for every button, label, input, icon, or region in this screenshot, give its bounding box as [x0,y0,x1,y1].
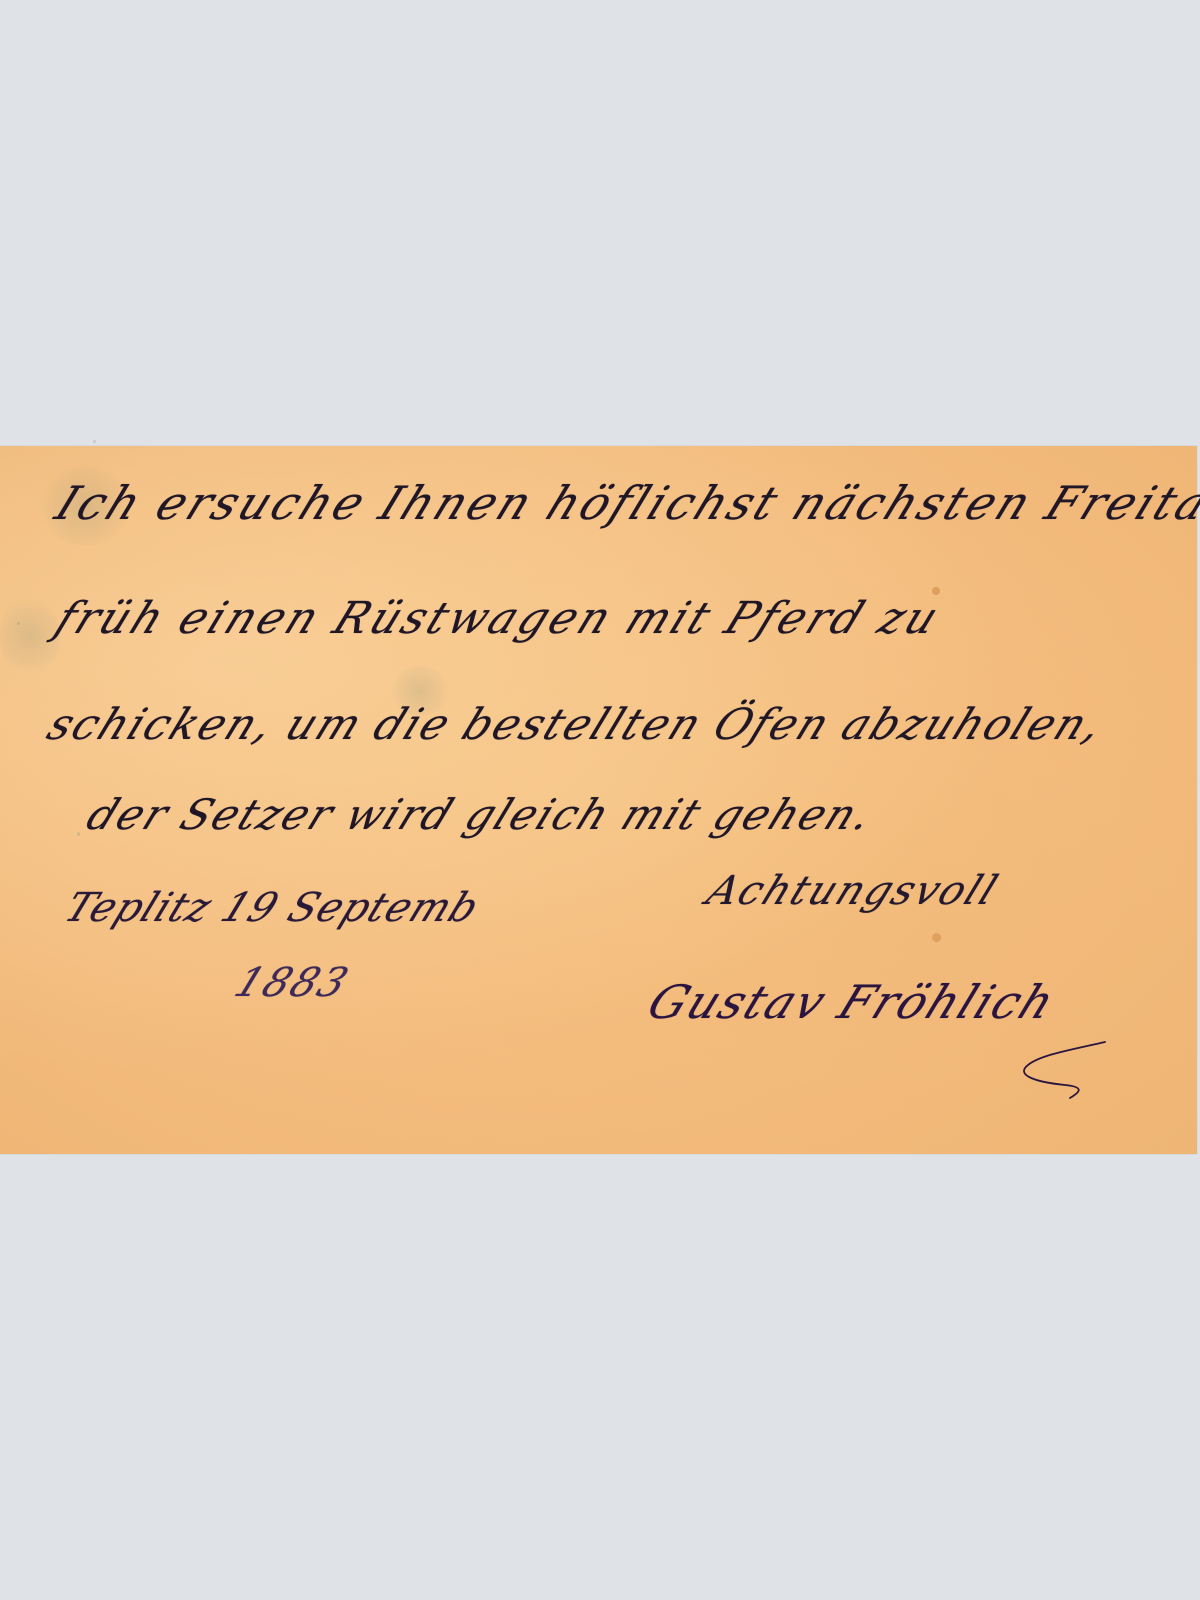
paper-speck [17,622,20,625]
paper-speck [77,832,80,836]
body-line-4: der Setzer wird gleich mit gehen. [80,790,882,839]
body-line-1: Ich ersuche Ihnen höflichst nächsten Fre… [48,476,1200,530]
body-line-2: früh einen Rüstwagen mit Pferd zu [48,593,949,644]
body-line-3: schicken, um die bestellten Öfen abzuhol… [40,700,1112,750]
place-date: Teplitz 19 Septemb [58,885,486,931]
closing: Achtungsvoll [700,868,1006,914]
signature: Gustav Fröhlich [640,975,1064,1029]
year: 1883 [228,960,356,1006]
paper-speck [93,440,96,443]
paper-speck [932,933,941,942]
signature-flourish [1010,1030,1120,1100]
